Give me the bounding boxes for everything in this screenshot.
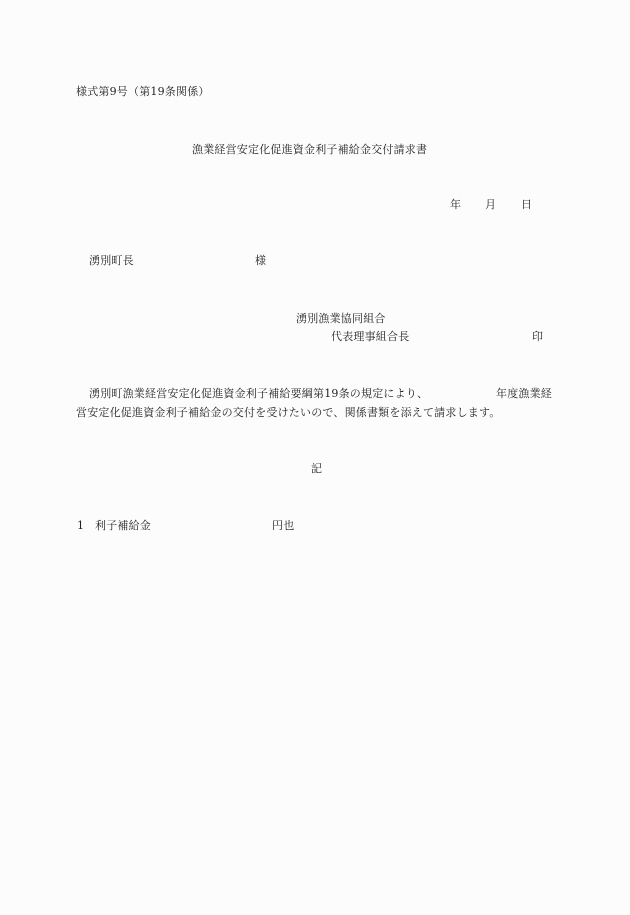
month-label: 月 [485, 198, 496, 212]
item-label: 利子補給金 [95, 519, 151, 533]
body-line1-part2: 年度漁業経 [496, 387, 552, 401]
addressee-honorific: 様 [255, 254, 266, 268]
seal-label: 印 [532, 330, 543, 344]
body-line1-part1: 湧別町漁業経営安定化促進資金利子補給要綱第19条の規定により、 [89, 387, 428, 401]
addressee-name: 湧別町長 [89, 254, 134, 268]
form-number: 様式第9号（第19条関係） [76, 85, 210, 99]
item-unit: 円也 [272, 519, 294, 533]
note-heading: 記 [311, 462, 322, 476]
day-label: 日 [521, 198, 532, 212]
item-number: 1 [77, 519, 84, 533]
document-title: 漁業経営安定化促進資金利子補給金交付請求書 [192, 143, 427, 157]
body-line2: 営安定化促進資金利子補給金の交付を受けたいので、関係書類を添えて請求します。 [76, 406, 501, 420]
applicant-organization: 湧別漁業協同組合 [296, 312, 386, 326]
representative-title: 代表理事組合長 [331, 330, 409, 344]
year-label: 年 [450, 198, 461, 212]
